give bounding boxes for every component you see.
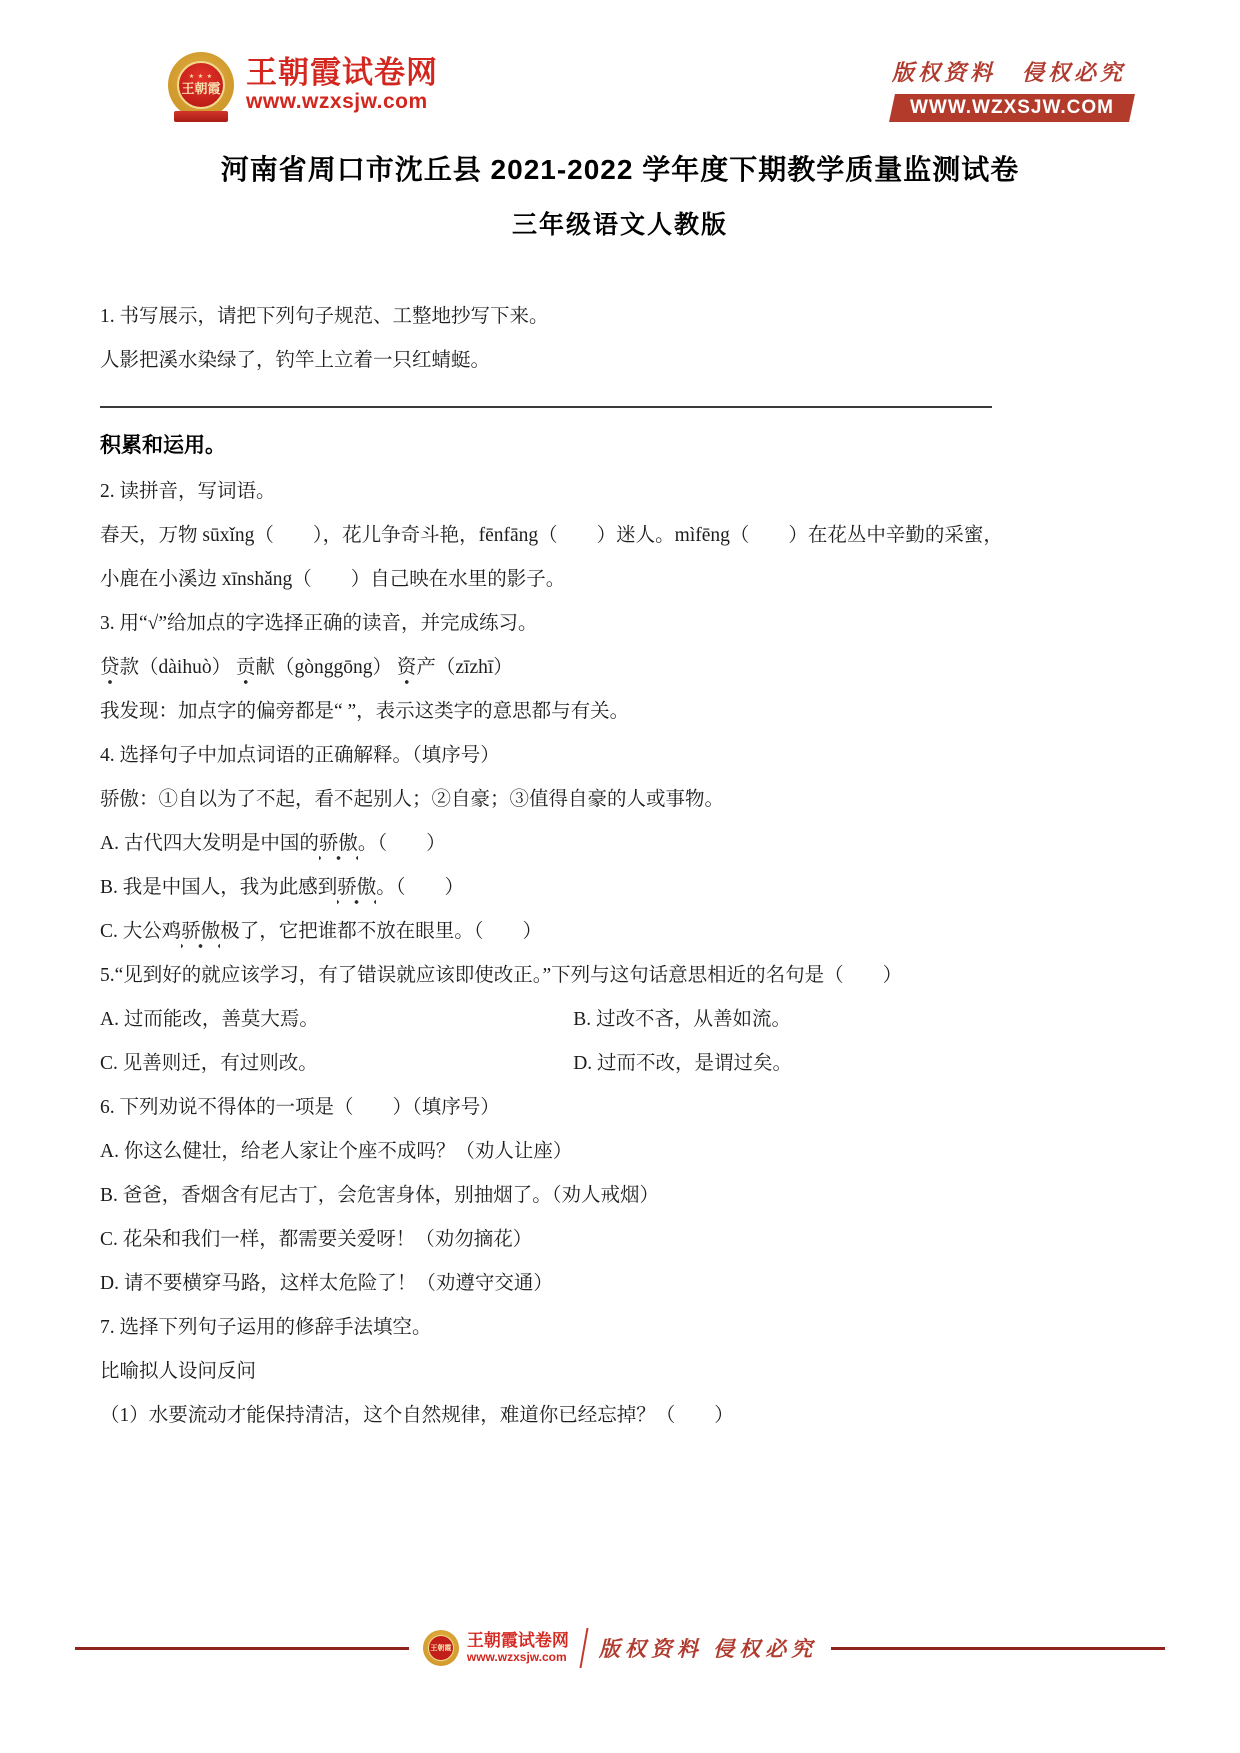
exam-subtitle: 三年级语文人教版 bbox=[0, 205, 1240, 241]
question-5-option-a: A. 过而能改，善莫大焉。 bbox=[100, 1006, 573, 1033]
option-text: B. 我是中国人，我为此感到 bbox=[100, 877, 337, 898]
exam-body: 1. 书写展示，请把下列句子规范、工整地抄写下来。 人影把溪水染绿了，钓竿上立着… bbox=[0, 303, 1240, 1429]
footer-copyright-notice: 版权资料 侵权必究 bbox=[599, 1633, 817, 1663]
question-7-prompt: 7. 选择下列句子运用的修辞手法填空。 bbox=[100, 1314, 1140, 1341]
question-3-prompt: 3. 用“√”给加点的字选择正确的读音，并完成练习。 bbox=[100, 610, 1140, 637]
dotted-word: 骄傲 bbox=[337, 877, 376, 905]
footer-logo-text-block: 王朝霞试卷网 www.wzxsjw.com bbox=[467, 1632, 569, 1664]
footer-logo: 王朝霞 王朝霞试卷网 www.wzxsjw.com bbox=[423, 1630, 569, 1666]
site-logo: ★ ★ ★ 王朝霞 王朝霞试卷网 www.wzxsjw.com bbox=[168, 52, 438, 118]
answer-writing-line bbox=[100, 406, 992, 408]
question-5-option-c: C. 见善则迁，有过则改。 bbox=[100, 1050, 573, 1077]
dotted-char: 贷 bbox=[100, 657, 120, 685]
question-5-option-b: B. 过改不吝，从善如流。 bbox=[573, 1006, 1140, 1033]
option-text: A. 古代四大发明是中国的 bbox=[100, 833, 319, 854]
footer-site-name: 王朝霞试卷网 bbox=[467, 1632, 569, 1650]
word-segment: 献（gònggōng） bbox=[255, 657, 396, 678]
question-4-definitions: 骄傲：①自以为了不起，看不起别人；②自豪；③值得自豪的人或事物。 bbox=[100, 786, 1140, 813]
question-4-option-c: C. 大公鸡骄傲极了，它把谁都不放在眼里。（ ） bbox=[100, 918, 1140, 945]
dotted-word: 骄傲 bbox=[319, 833, 358, 861]
medal-ribbon bbox=[174, 111, 228, 122]
logo-emblem-text: 王朝霞 bbox=[181, 81, 220, 96]
dotted-char: 资 bbox=[397, 657, 417, 685]
question-5-option-d: D. 过而不改，是谓过矣。 bbox=[573, 1050, 1140, 1077]
question-4-option-b: B. 我是中国人，我为此感到骄傲。（ ） bbox=[100, 874, 1140, 901]
dotted-char: 贡 bbox=[236, 657, 256, 685]
footer-divider bbox=[579, 1628, 588, 1668]
site-url: www.wzxsjw.com bbox=[246, 89, 438, 114]
footer-rule-left bbox=[75, 1647, 409, 1650]
question-7-item-1: （1）水要流动才能保持清洁，这个自然规律，难道你已经忘掉？（ ） bbox=[100, 1402, 1140, 1429]
url-banner: www.wzxsjw.com bbox=[889, 94, 1135, 122]
dotted-word: 骄傲 bbox=[181, 921, 220, 949]
question-6-option-b: B. 爸爸，香烟含有尼古丁，会危害身体，别抽烟了。（劝人戒烟） bbox=[100, 1182, 1140, 1209]
question-3-words: 贷款（dàihuò） 贡献（gònggōng） 资产（zīzhī） bbox=[100, 654, 1140, 681]
option-text: C. 大公鸡 bbox=[100, 921, 181, 942]
exam-title: 河南省周口市沈丘县 2021-2022 学年度下期教学质量监测试卷 bbox=[0, 148, 1240, 188]
word-segment: 款（dàihuò） bbox=[120, 657, 236, 678]
question-4-prompt: 4. 选择句子中加点词语的正确解释。（填序号） bbox=[100, 742, 1140, 769]
option-text: 。（ ） bbox=[376, 877, 464, 898]
question-1-sentence: 人影把溪水染绿了，钓竿上立着一只红蜻蜓。 bbox=[100, 347, 1140, 374]
question-6-option-a: A. 你这么健壮，给老人家让个座不成吗？（劝人让座） bbox=[100, 1138, 1140, 1165]
question-4-option-a: A. 古代四大发明是中国的骄傲。（ ） bbox=[100, 830, 1140, 857]
question-7-methods: 比喻拟人设问反问 bbox=[100, 1358, 1140, 1385]
page-footer: 王朝霞 王朝霞试卷网 www.wzxsjw.com 版权资料 侵权必究 bbox=[0, 1628, 1240, 1668]
logo-medallion-icon: ★ ★ ★ 王朝霞 bbox=[168, 52, 234, 118]
url-banner-text: www.wzxsjw.com bbox=[910, 97, 1114, 119]
exam-paper-page: ★ ★ ★ 王朝霞 王朝霞试卷网 www.wzxsjw.com 版权资料 侵权必… bbox=[0, 0, 1240, 1753]
copyright-block: 版权资料 侵权必究 www.wzxsjw.com bbox=[892, 52, 1132, 122]
question-2-line2: 小鹿在小溪边 xīnshǎng（ ）自己映在水里的影子。 bbox=[100, 566, 1140, 593]
site-name: 王朝霞试卷网 bbox=[246, 56, 438, 89]
question-2-line1: 春天，万物 sūxǐng（ ），花儿争奇斗艳，fēnfāng（ ）迷人。mìfē… bbox=[100, 522, 1140, 549]
question-1-prompt: 1. 书写展示，请把下列句子规范、工整地抄写下来。 bbox=[100, 303, 1140, 330]
logo-medallion-inner: ★ ★ ★ 王朝霞 bbox=[177, 61, 225, 109]
section-header: 积累和运用。 bbox=[100, 429, 1140, 459]
footer-rule-right bbox=[831, 1647, 1165, 1650]
page-header: ★ ★ ★ 王朝霞 王朝霞试卷网 www.wzxsjw.com 版权资料 侵权必… bbox=[0, 0, 1240, 122]
option-text: 。（ ） bbox=[358, 833, 446, 854]
footer-site-url: www.wzxsjw.com bbox=[467, 1650, 569, 1664]
question-5-options: A. 过而能改，善莫大焉。 B. 过改不吝，从善如流。 C. 见善则迁，有过则改… bbox=[100, 1006, 1140, 1077]
question-6-prompt: 6. 下列劝说不得体的一项是（ ）（填序号） bbox=[100, 1094, 1140, 1121]
question-5-prompt: 5.“见到好的就应该学习，有了错误就应该即使改正。”下列与这句话意思相近的名句是… bbox=[100, 962, 1140, 989]
logo-text-block: 王朝霞试卷网 www.wzxsjw.com bbox=[246, 56, 438, 114]
footer-medallion-emblem: 王朝霞 bbox=[428, 1635, 454, 1661]
medal-stars-icon: ★ ★ ★ bbox=[189, 74, 213, 81]
question-6-option-c: C. 花朵和我们一样，都需要关爱呀！（劝勿摘花） bbox=[100, 1226, 1140, 1253]
question-2-prompt: 2. 读拼音，写词语。 bbox=[100, 478, 1140, 505]
footer-medallion-icon: 王朝霞 bbox=[423, 1630, 459, 1666]
copyright-notice: 版权资料 侵权必究 bbox=[892, 56, 1126, 87]
question-6-option-d: D. 请不要横穿马路，这样太危险了！（劝遵守交通） bbox=[100, 1270, 1140, 1297]
option-text: 极了，它把谁都不放在眼里。（ ） bbox=[220, 921, 542, 942]
question-3-finding: 我发现：加点字的偏旁都是“ ”，表示这类字的意思都与有关。 bbox=[100, 698, 1140, 725]
word-segment: 产（zīzhī） bbox=[416, 657, 512, 678]
